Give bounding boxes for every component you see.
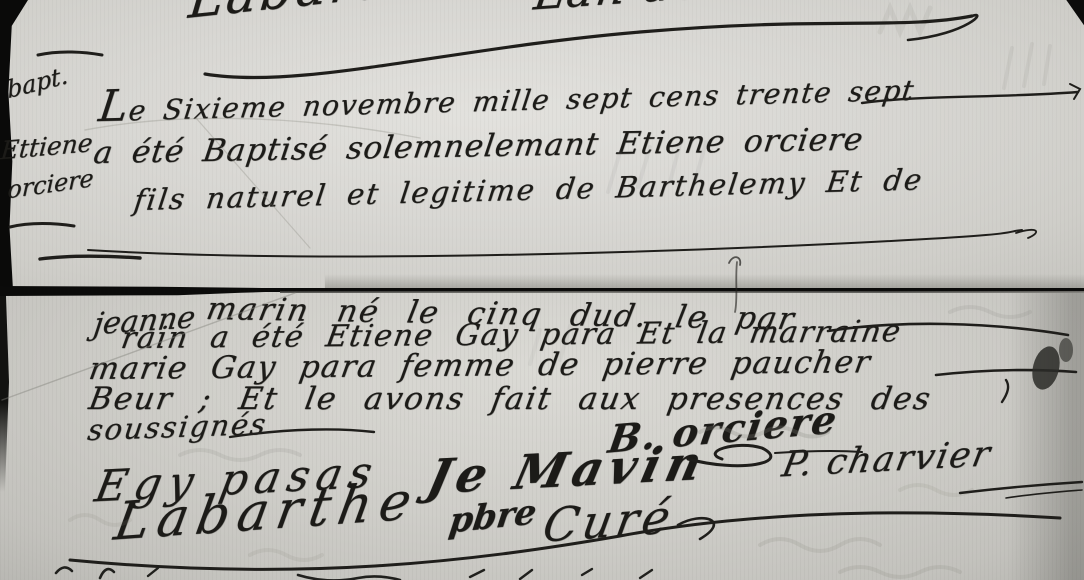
scan-corner-top-right <box>1058 0 1084 30</box>
header-signature-labarthe: Labarthe Nre <box>186 0 583 27</box>
signature-cure-title: Curé <box>540 493 678 549</box>
header-partial-text: Lan de Orat <box>531 0 838 17</box>
scanned-register-page: Labarthe Nre Lan de Orat bapt. Ettiene o… <box>0 0 1084 580</box>
record-line-undersigned: soussignés <box>86 410 269 445</box>
margin-note-name: Ettiene <box>0 130 94 163</box>
signature-charvier: P. charvier <box>779 437 994 483</box>
record-line-godmother: marie Gay para femme de pierre paucher <box>87 347 874 385</box>
scan-edge-left-lower <box>0 292 9 492</box>
scan-seam <box>0 283 1084 296</box>
signature-cure-abbrev: pbre <box>447 495 538 539</box>
scan-seam-line <box>280 291 1084 293</box>
lower-scan-strip: jeanne marin né le cinq dud. le par rain… <box>0 292 1084 580</box>
record-line-filiation: fils naturel et legitime de Barthelemy E… <box>132 165 925 215</box>
margin-note-surname: orciere <box>7 166 94 202</box>
margin-note-bapt: bapt. <box>6 63 69 102</box>
upper-scan-strip: Labarthe Nre Lan de Orat bapt. Ettiene o… <box>0 0 1084 288</box>
record-line-date: Le Sixieme novembre mille sept cens tren… <box>96 65 918 130</box>
scan-seam-black-band <box>0 286 287 296</box>
record-line-baptism: a été Baptisé solemnelemant Etiene orcie… <box>92 125 866 170</box>
